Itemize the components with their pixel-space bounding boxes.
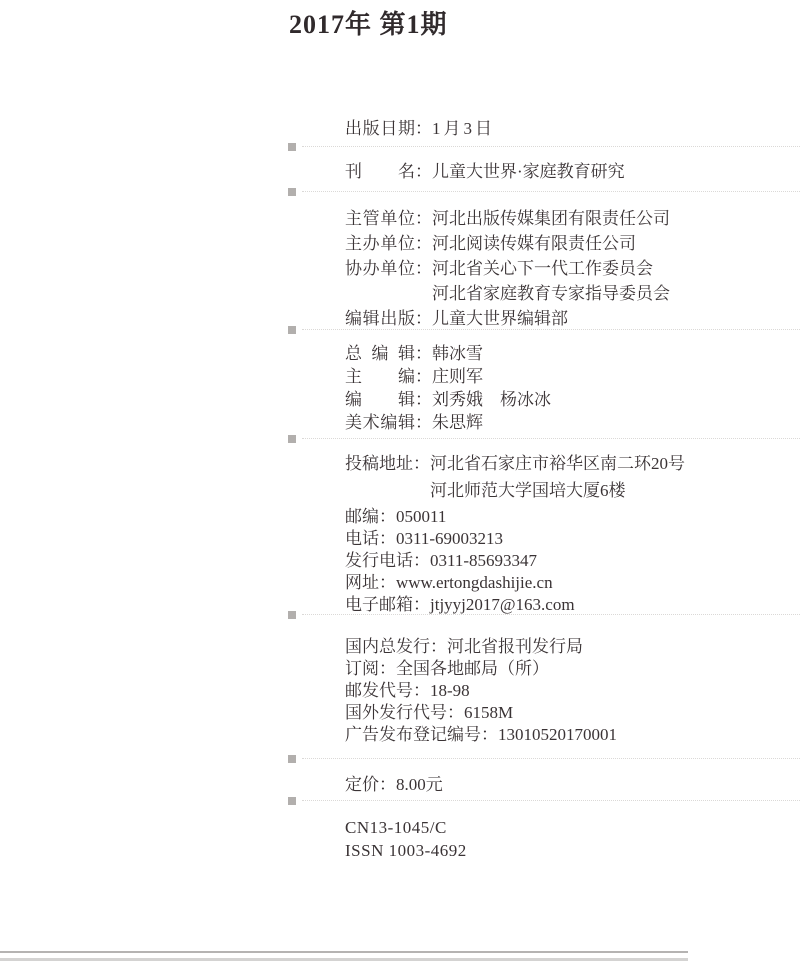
square-bullet-icon: [288, 611, 296, 619]
address-row: 投稿地址：河北省石家庄市裕华区南二环20号 河北师范大学国培大厦6楼: [345, 450, 685, 504]
row-value: 6158M: [464, 703, 513, 722]
sponsor-row: 主办单位：河北阅读传媒有限责任公司: [345, 231, 670, 256]
row-label: 主编: [345, 365, 415, 388]
row-label: 刊名: [345, 159, 415, 184]
row-colon: ：: [415, 388, 432, 411]
square-bullet-icon: [288, 326, 296, 334]
row-label: 主管单位: [345, 206, 415, 231]
row-value: 河北出版传媒集团有限责任公司: [432, 209, 670, 228]
ad-license-row: 广告发布登记编号：13010520170001: [345, 724, 617, 746]
row-colon: ：: [415, 206, 432, 231]
row-value: 儿童大世界编辑部: [432, 309, 568, 328]
row-colon: ：: [415, 365, 432, 388]
row-value: 河北省报刊发行局: [447, 637, 583, 656]
distribution-section: 国内总发行：河北省报刊发行局 订阅：全国各地邮局（所） 邮发代号：18-98 国…: [345, 636, 617, 746]
row-label: 国外发行代号：: [345, 703, 464, 722]
editors-section: 总编辑：韩冰雪 主编：庄则军 编辑：刘秀娥 杨冰冰 美术编辑：朱思辉: [345, 342, 551, 434]
bottom-rule: [0, 958, 688, 961]
row-value: 050011: [396, 507, 446, 526]
row-value: 韩冰雪: [432, 344, 483, 363]
art-editor-row: 美术编辑：朱思辉: [345, 411, 551, 434]
row-label: 发行电话：: [345, 551, 430, 570]
row-value: 河北师范大学国培大厦6楼: [430, 481, 626, 500]
cn-code: CN13-1045/C: [345, 816, 467, 839]
row-colon: ：: [415, 256, 432, 281]
row-label: 电子邮箱：: [345, 595, 430, 614]
row-label: 国内总发行：: [345, 637, 447, 656]
row-label: 订阅：: [345, 659, 396, 678]
row-value: 13010520170001: [498, 725, 617, 744]
postal-code-row: 邮发代号：18-98: [345, 680, 617, 702]
address-line1: 投稿地址：河北省石家庄市裕华区南二环20号: [345, 450, 685, 477]
row-colon: ：: [415, 342, 432, 365]
publisher-row: 编辑出版：儿童大世界编辑部: [345, 306, 670, 331]
row-colon: ：: [415, 306, 432, 331]
row-label: 出版日期: [345, 116, 415, 141]
address-line2: 河北师范大学国培大厦6楼: [345, 477, 685, 504]
distribution-phone-row: 发行电话：0311-85693347: [345, 550, 685, 572]
colophon-page: 2017年 第1期 出版日期：1月3日 刊名：儿童大世界·家庭教育研究 主管单位…: [0, 0, 800, 962]
row-value: 0311-85693347: [430, 551, 537, 570]
row-value: 全国各地邮局（所）: [396, 659, 549, 678]
email-row: 电子邮箱：jtjyyj2017@163.com: [345, 594, 685, 616]
foreign-code-row: 国外发行代号：6158M: [345, 702, 617, 724]
square-bullet-icon: [288, 797, 296, 805]
row-label: 邮编：: [345, 507, 396, 526]
co-organizer-row: 协办单位：河北省关心下一代工作委员会: [345, 256, 670, 281]
row-colon: ：: [415, 116, 432, 141]
contact-section: 投稿地址：河北省石家庄市裕华区南二环20号 河北师范大学国培大厦6楼 邮编：05…: [345, 450, 685, 616]
row-label: 电话：: [345, 529, 396, 548]
row-label: 美术编辑: [345, 411, 415, 434]
national-distribution-row: 国内总发行：河北省报刊发行局: [345, 636, 617, 658]
page-title: 2017年 第1期: [289, 4, 448, 41]
row-label: 总编辑: [345, 342, 415, 365]
square-bullet-icon: [288, 435, 296, 443]
divider-rule: [302, 191, 800, 192]
row-label: 投稿地址：: [345, 454, 430, 473]
row-value: 1月3日: [432, 119, 495, 138]
co-organizer-row-line2: 河北省家庭教育专家指导委员会: [345, 281, 670, 306]
codes-section: CN13-1045/C ISSN 1003-4692: [345, 816, 467, 862]
contact-rows: 邮编：050011 电话：0311-69003213 发行电话：0311-856…: [345, 506, 685, 616]
square-bullet-icon: [288, 143, 296, 151]
row-colon: ：: [415, 411, 432, 434]
managing-editor-row: 主编：庄则军: [345, 365, 551, 388]
divider-rule: [302, 146, 800, 147]
row-value: 河北阅读传媒有限责任公司: [432, 234, 636, 253]
row-label: 广告发布登记编号：: [345, 725, 498, 744]
row-value: 刘秀娥 杨冰冰: [432, 390, 551, 409]
row-label: 主办单位: [345, 231, 415, 256]
supervisor-row: 主管单位：河北出版传媒集团有限责任公司: [345, 206, 670, 231]
chief-editor-row: 总编辑：韩冰雪: [345, 342, 551, 365]
row-value: 18-98: [430, 681, 470, 700]
row-value: 河北省石家庄市裕华区南二环20号: [430, 454, 685, 473]
website-row: 网址：www.ertongdashijie.cn: [345, 572, 685, 594]
row-value: 8.00元: [396, 775, 443, 794]
phone-row: 电话：0311-69003213: [345, 528, 685, 550]
publish-date-row: 出版日期：1月3日: [345, 116, 495, 141]
issn-code: ISSN 1003-4692: [345, 839, 467, 862]
row-label: 编辑: [345, 388, 415, 411]
row-label: 协办单位: [345, 256, 415, 281]
organizations-section: 主管单位：河北出版传媒集团有限责任公司 主办单位：河北阅读传媒有限责任公司 协办…: [345, 206, 670, 331]
row-label: 编辑出版: [345, 306, 415, 331]
row-label: 网址：: [345, 573, 396, 592]
divider-rule: [302, 329, 800, 330]
postcode-row: 邮编：050011: [345, 506, 685, 528]
square-bullet-icon: [288, 188, 296, 196]
website-url: www.ertongdashijie.cn: [396, 573, 553, 592]
divider-rule: [302, 800, 800, 801]
square-bullet-icon: [288, 755, 296, 763]
divider-rule: [302, 758, 800, 759]
journal-name-row: 刊名：儿童大世界·家庭教育研究: [345, 159, 625, 184]
row-colon: ：: [415, 231, 432, 256]
price-row: 定价：8.00元: [345, 772, 443, 797]
bottom-rule: [0, 951, 688, 953]
email-address: jtjyyj2017@163.com: [430, 595, 575, 614]
row-colon: ：: [415, 159, 432, 184]
subscription-row: 订阅：全国各地邮局（所）: [345, 658, 617, 680]
row-value: 河北省家庭教育专家指导委员会: [432, 284, 670, 303]
row-value: 庄则军: [432, 367, 483, 386]
row-value: 儿童大世界·家庭教育研究: [432, 162, 625, 181]
row-label: 邮发代号：: [345, 681, 430, 700]
row-value: 朱思辉: [432, 413, 483, 432]
divider-rule: [302, 614, 800, 615]
row-label: 定价：: [345, 775, 396, 794]
row-value: 河北省关心下一代工作委员会: [432, 259, 653, 278]
divider-rule: [302, 438, 800, 439]
editor-row: 编辑：刘秀娥 杨冰冰: [345, 388, 551, 411]
row-value: 0311-69003213: [396, 529, 503, 548]
